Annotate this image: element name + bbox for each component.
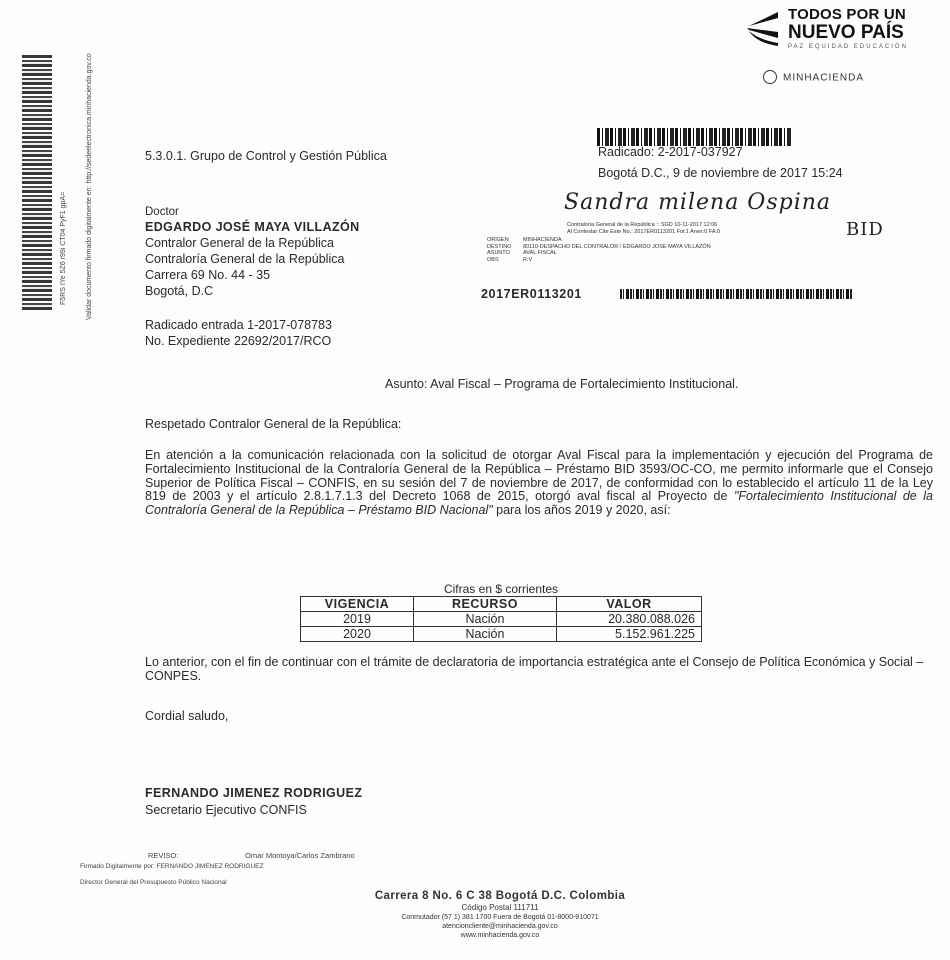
footer: Carrera 8 No. 6 C 38 Bogotá D.C. Colombi… — [280, 890, 720, 940]
footer-postal: Código Postal 111711 — [280, 903, 720, 913]
budget-table: VIGENCIA RECURSO VALOR 2019 Nación 20.38… — [300, 596, 702, 642]
asunto-label: ASUNTO — [487, 250, 523, 257]
recipient-position: Contralor General de la República — [145, 236, 334, 251]
validation-url-text: Validar documento firmado digitalmente e… — [86, 40, 93, 320]
stamp-line-1: Contraloría General de la República :: S… — [567, 222, 717, 229]
origen-value: MINHACIENDA — [523, 237, 562, 243]
digital-signature-note: Firmado Digitalmente por: FERNANDO JIMEN… — [80, 863, 263, 870]
table-row: 2020 Nación 5.152.961.225 — [301, 627, 702, 642]
asunto-value: AVAL FISCAL — [523, 250, 557, 256]
subject-line: Asunto: Aval Fiscal – Programa de Fortal… — [385, 377, 738, 392]
table-row: 2019 Nación 20.380.088.026 — [301, 612, 702, 627]
office-group: 5.3.0.1. Grupo de Control y Gestión Públ… — [145, 149, 387, 164]
footer-phones: Conmutador (57 1) 381 1700 Fuera de Bogo… — [280, 913, 720, 922]
review-names: Omar Montoya/Carlos Zambrano — [245, 851, 355, 860]
review-label: REVISO: — [148, 851, 178, 860]
table-caption: Cifras en $ corrientes — [300, 583, 702, 596]
recipient-entity: Contraloría General de la República — [145, 252, 344, 267]
handwritten-annotation: BID — [846, 219, 884, 240]
table-header-row: VIGENCIA RECURSO VALOR — [301, 597, 702, 612]
salutation: Respetado Contralor General de la Repúbl… — [145, 417, 401, 432]
cell-recurso: Nación — [414, 627, 557, 642]
cell-vigencia: 2019 — [301, 612, 414, 627]
header-vigencia: VIGENCIA — [301, 597, 414, 612]
radicado-number: Radicado: 2-2017-037927 — [598, 145, 743, 160]
body-p1-tail: para los años 2019 y 2020, así: — [493, 503, 671, 517]
government-logo: TODOS POR UN NUEVO PAÍS PAZ EQUIDAD EDUC… — [745, 4, 945, 64]
cell-valor: 5.152.961.225 — [557, 627, 702, 642]
obs-label: OBS — [487, 257, 523, 264]
signature-code-text: F5RS IYe 5Z6 r99i CT04 PyF1 gpA= — [60, 55, 67, 305]
cell-valor: 20.380.088.026 — [557, 612, 702, 627]
signatory-position: Secretario Ejecutivo CONFIS — [145, 803, 307, 818]
cell-recurso: Nación — [414, 612, 557, 627]
footer-email[interactable]: atencioncliente@minhacienda.gov.co — [280, 922, 720, 931]
header-valor: VALOR — [557, 597, 702, 612]
logo-line-2: NUEVO PAÍS — [788, 22, 904, 44]
review-unit: Director General del Presupuesto Público… — [80, 879, 227, 886]
recipient-title: Doctor — [145, 205, 179, 220]
cell-vigencia: 2020 — [301, 627, 414, 642]
recipient-city: Bogotá, D.C — [145, 284, 213, 299]
date-place: Bogotá D.C., 9 de noviembre de 2017 15:2… — [598, 166, 843, 181]
ministry-name: MINHACIENDA — [783, 73, 864, 84]
expediente-number: No. Expediente 22692/2017/RCO — [145, 334, 331, 349]
stamp-number: 2017ER0113201 — [481, 287, 582, 302]
handwritten-signature: Sandra milena Ospina — [564, 190, 831, 215]
stamp-line-2: Al Contestar Cite Este No.: 2017ER011320… — [567, 229, 720, 236]
body-paragraph-1: En atención a la comunicación relacionad… — [145, 449, 933, 518]
destino-label: DESTINO — [487, 244, 523, 251]
coat-of-arms-icon — [763, 70, 777, 84]
radicado-barcode — [597, 128, 792, 146]
radicado-entrada: Radicado entrada 1-2017-078783 — [145, 318, 332, 333]
stamp-barcode — [620, 289, 852, 299]
logo-tagline: PAZ EQUIDAD EDUCACIÓN — [788, 44, 908, 50]
header-recurso: RECURSO — [414, 597, 557, 612]
signatory-name: FERNANDO JIMENEZ RODRIGUEZ — [145, 786, 362, 801]
recipient-address: Carrera 69 No. 44 - 35 — [145, 268, 270, 283]
obs-value: R.V — [523, 257, 532, 263]
logo-line-1: TODOS POR UN — [788, 6, 906, 23]
closing: Cordial saludo, — [145, 709, 228, 724]
ministry-logo: MINHACIENDA — [763, 71, 864, 85]
body-paragraph-2: Lo anterior, con el fin de continuar con… — [145, 656, 935, 684]
budget-table-wrap: Cifras en $ corrientes VIGENCIA RECURSO … — [300, 583, 702, 642]
digital-signature-barcode — [22, 55, 52, 310]
origen-label: ORIGEN — [487, 237, 523, 244]
destino-value: 80110-DESPACHO DEL CONTRALOR / EDGARDO J… — [523, 244, 711, 250]
footer-address: Carrera 8 No. 6 C 38 Bogotá D.C. Colombi… — [280, 890, 720, 903]
flag-swoosh-icon — [745, 8, 779, 48]
footer-website[interactable]: www.minhacienda.gov.co — [280, 931, 720, 940]
recipient-name: EDGARDO JOSÉ MAYA VILLAZÓN — [145, 220, 360, 235]
